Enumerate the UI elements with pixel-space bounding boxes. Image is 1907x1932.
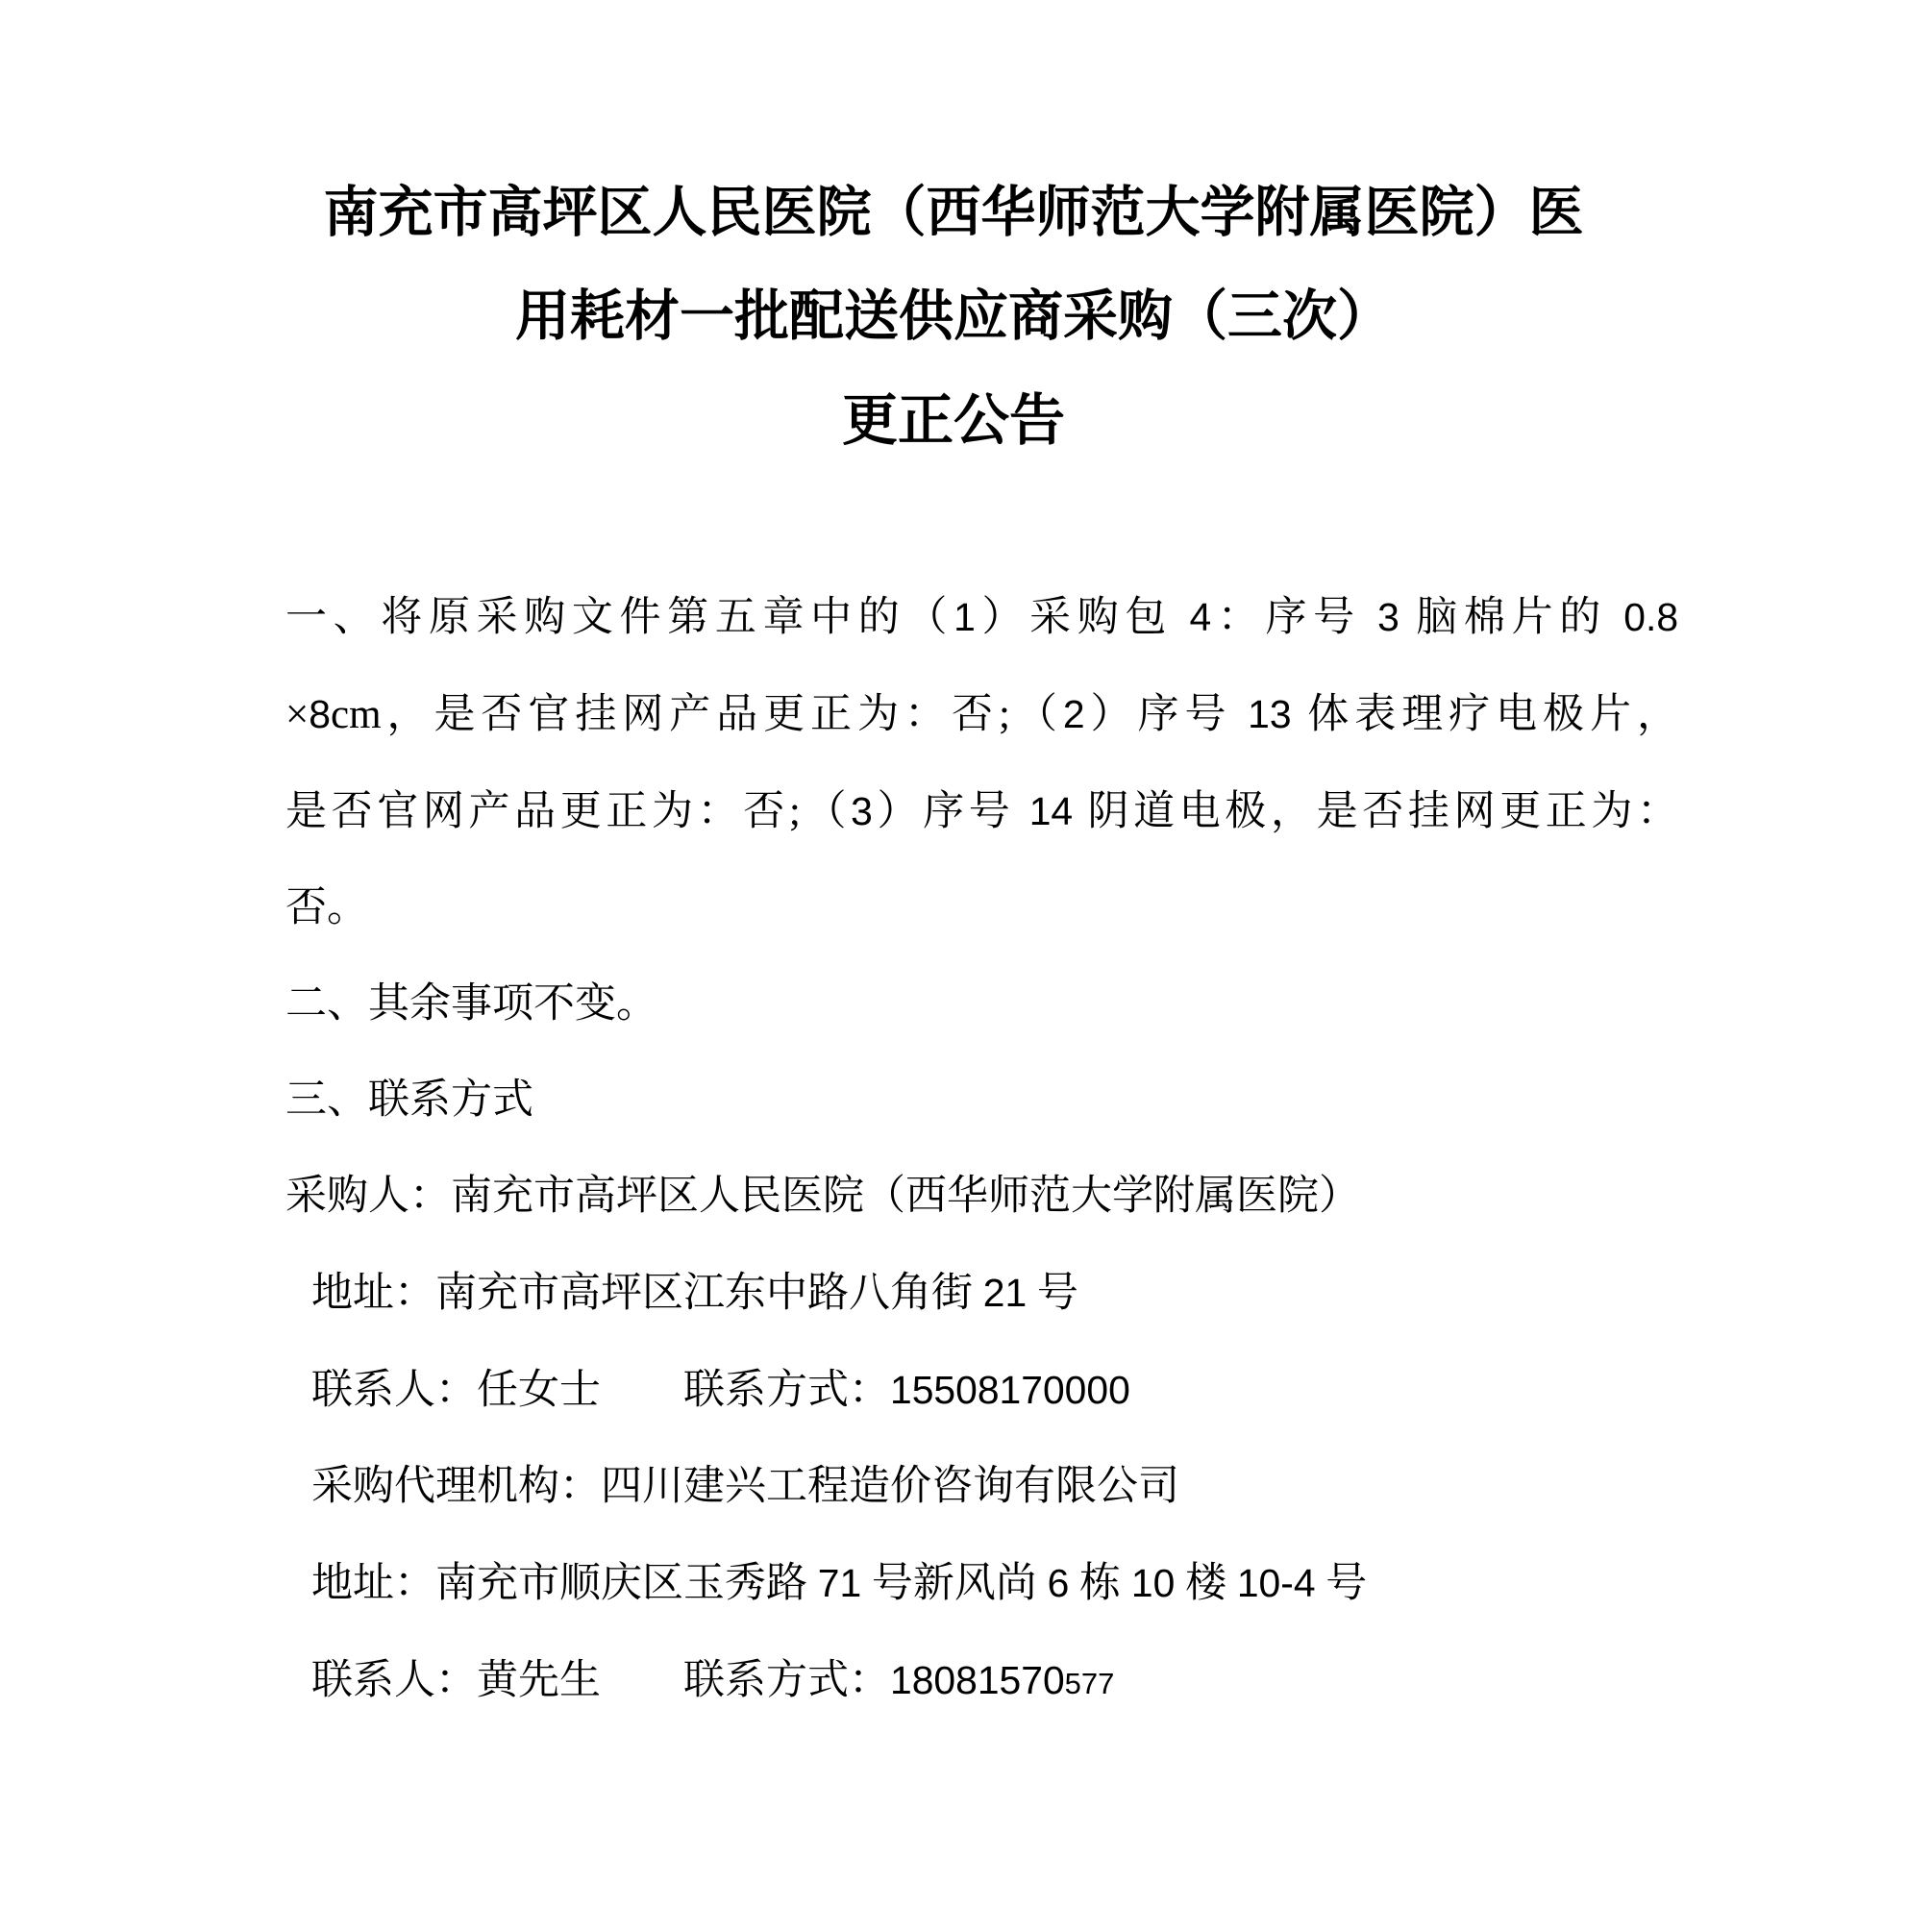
- purchaser-address-line: 地址：南充市高坪区江东中路八角街 21 号: [285, 1245, 1678, 1342]
- title-line-1: 南充市高坪区人民医院（西华师范大学附属医院）医: [0, 161, 1907, 265]
- section2-text: 二、其余事项不变。: [285, 956, 1678, 1053]
- title-line-3: 更正公告: [0, 369, 1907, 473]
- agency-address-line: 地址：南充市顺庆区玉秀路 71 号新风尚 6 栋 10 楼 10-4 号: [285, 1535, 1678, 1632]
- document-page: 南充市高坪区人民医院（西华师范大学附属医院）医 用耗材一批配送供应商采购（三次）…: [0, 0, 1907, 1932]
- paragraph1-line4: 否。: [285, 860, 1678, 956]
- agency-line: 采购代理机构：四川建兴工程造价咨询有限公司: [285, 1439, 1678, 1535]
- agency-contact-line: 联系人：黄先生 联系方式：18081570577: [285, 1632, 1678, 1732]
- paragraph1-line1: 一、将原采购文件第五章中的（1）采购包 4：序号 3 脑棉片的 0.8: [285, 569, 1678, 666]
- purchaser-line: 采购人：南充市高坪区人民医院（西华师范大学附属医院）: [285, 1149, 1678, 1245]
- title-line-2: 用耗材一批配送供应商采购（三次）: [0, 265, 1907, 369]
- purchaser-contact-line: 联系人：任女士 联系方式：15508170000: [285, 1342, 1678, 1439]
- section3-heading: 三、联系方式: [285, 1053, 1678, 1149]
- document-title: 南充市高坪区人民医院（西华师范大学附属医院）医 用耗材一批配送供应商采购（三次）…: [0, 161, 1907, 473]
- paragraph1-line3: 是否官网产品更正为：否;（3）序号 14 阴道电极，是否挂网更正为：: [285, 763, 1678, 860]
- agency-phone-number-main: 18081570: [890, 1658, 1065, 1702]
- purchaser-phone-number: 15508170000: [890, 1368, 1130, 1412]
- agency-phone-number-small: 577: [1065, 1667, 1115, 1700]
- document-body: 一、将原采购文件第五章中的（1）采购包 4：序号 3 脑棉片的 0.8 ×8cm…: [0, 569, 1907, 1732]
- paragraph1-line2: ×8cm，是否官挂网产品更正为：否;（2）序号 13 体表理疗电极片，: [285, 666, 1678, 763]
- purchaser-contact-label: 联系人：任女士 联系方式：: [311, 1368, 890, 1413]
- agency-contact-label: 联系人：黄先生 联系方式：: [311, 1658, 890, 1703]
